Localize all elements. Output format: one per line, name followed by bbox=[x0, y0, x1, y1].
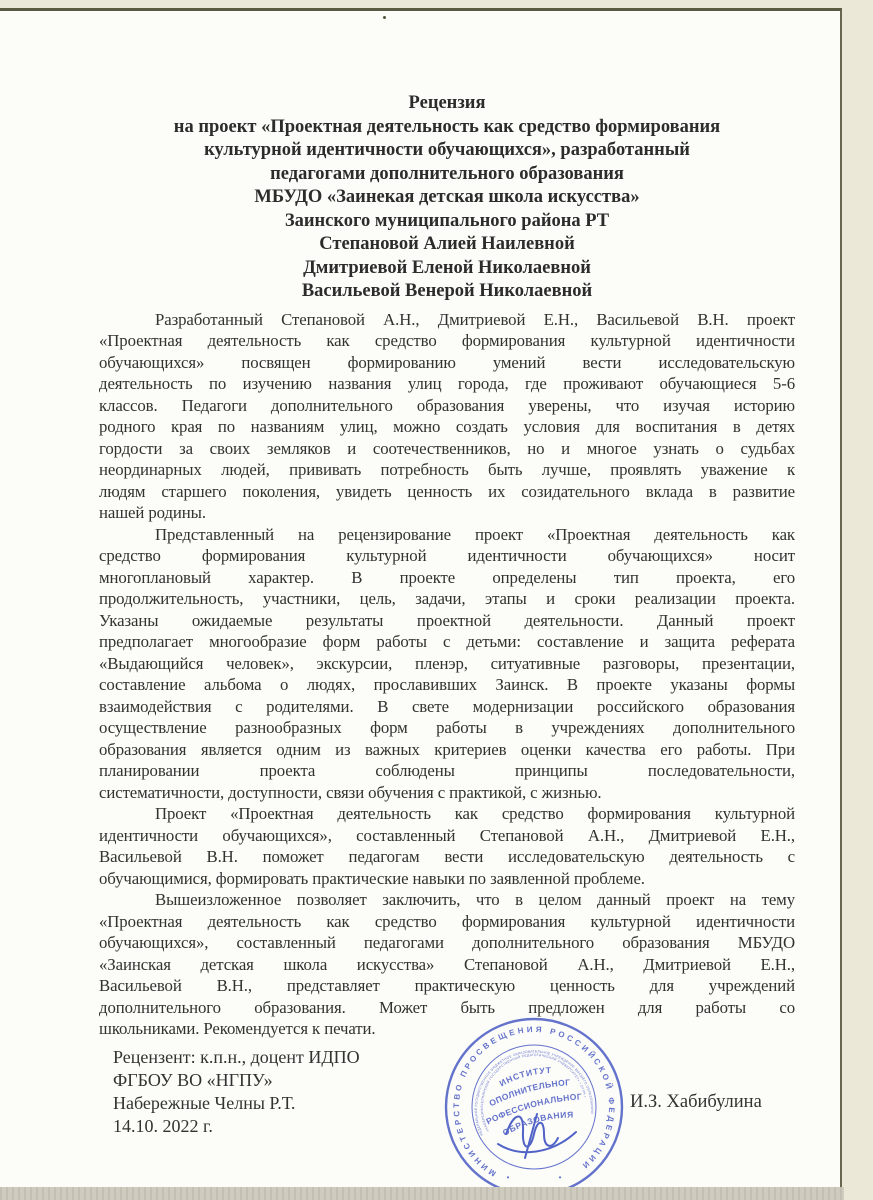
body-text-line: Указаны ожидаемые результаты проектной д… bbox=[99, 610, 795, 632]
body-text-line: обучающихся», составленный педагогами до… bbox=[99, 932, 795, 954]
body-text-line: продолжительность, участники, цель, зада… bbox=[99, 588, 795, 610]
title-line: Рецензия bbox=[99, 92, 795, 116]
body-text-line: обучающихся» посвящен формированию умени… bbox=[99, 352, 795, 374]
reviewer-line: Рецензент: к.п.н., доцент ИДПО bbox=[113, 1046, 443, 1069]
stamp-separator-dot-right: • bbox=[559, 1173, 562, 1182]
reviewer-name: И.З. Хабибулина bbox=[630, 1092, 762, 1113]
body-text-line: родного края по названиям улиц, можно со… bbox=[99, 416, 795, 438]
body-text-line: осуществление разнообразных форм работы … bbox=[99, 717, 795, 739]
body-text-line: составление альбома о людях, прославивши… bbox=[99, 674, 795, 696]
body-text-line: Представленный на рецензирование проект … bbox=[99, 524, 795, 546]
body-text-line: предполагает многообразие форм работы с … bbox=[99, 631, 795, 653]
title-line: культурной идентичности обучающихся», ра… bbox=[99, 139, 795, 163]
body-text-line: деятельность по изучению названия улиц г… bbox=[99, 373, 795, 395]
paragraph: Проект «Проектная деятельность как средс… bbox=[99, 803, 795, 889]
body-text-line: Васильевой В.Н., представляет практическ… bbox=[99, 975, 795, 997]
reviewer-line: Набережные Челны Р.Т. bbox=[113, 1092, 443, 1115]
title-line: МБУДО «Заинекая детская школа искусства» bbox=[99, 186, 795, 210]
title-line: на проект «Проектная деятельность как ср… bbox=[99, 116, 795, 140]
scanned-page: Рецензияна проект «Проектная деятельност… bbox=[0, 0, 873, 1200]
body-text-line: «Выдающийся человек», экскурсии, пленэр,… bbox=[99, 653, 795, 675]
review-title: Рецензияна проект «Проектная деятельност… bbox=[99, 92, 795, 304]
body-text-line: средство формирования культурной идентич… bbox=[99, 545, 795, 567]
body-text-line: планировании проекта соблюдены принципы … bbox=[99, 760, 795, 782]
scan-bottom-edge bbox=[0, 1187, 844, 1200]
body-text-line: идентичности обучающихся», составленный … bbox=[99, 825, 795, 847]
title-line: педагогами дополнительного образования bbox=[99, 163, 795, 187]
official-round-stamp: МИНИСТЕРСТВО ПРОСВЕЩЕНИЯ РОССИЙСКОЙ ФЕДЕ… bbox=[440, 1014, 628, 1200]
body-text-line: образования является одним из важных кри… bbox=[99, 739, 795, 761]
review-body: Разработанный Степановой А.Н., Дмитриево… bbox=[99, 309, 795, 1040]
body-text-line: «Проектная деятельность как средство фор… bbox=[99, 330, 795, 352]
body-text-line: систематичности, доступности, связи обуч… bbox=[99, 782, 795, 804]
stamp-separator-dot-left: • bbox=[507, 1173, 510, 1182]
paragraph: Разработанный Степановой А.Н., Дмитриево… bbox=[99, 309, 795, 524]
body-text-line: обучающимися, формировать практические н… bbox=[99, 868, 795, 890]
body-text-line: людям старшего поколения, увидеть ценнос… bbox=[99, 481, 795, 503]
paragraph: Представленный на рецензирование проект … bbox=[99, 524, 795, 804]
body-text-line: классов. Педагоги дополнительного образо… bbox=[99, 395, 795, 417]
body-text-line: Васильевой В.Н. поможет педагогам вести … bbox=[99, 846, 795, 868]
body-text-line: неординарных людей, прививать потребност… bbox=[99, 459, 795, 481]
reviewer-line: ФГБОУ ВО «НГПУ» bbox=[113, 1069, 443, 1092]
body-text-line: Разработанный Степановой А.Н., Дмитриево… bbox=[99, 309, 795, 331]
body-text-line: «Заинская детская школа искусства» Степа… bbox=[99, 954, 795, 976]
reviewer-signature-block: Рецензент: к.п.н., доцент ИДПОФГБОУ ВО «… bbox=[113, 1046, 443, 1138]
body-text-line: многоплановый характер. В проекте опреде… bbox=[99, 567, 795, 589]
body-text-line: «Проектная деятельность как средство фор… bbox=[99, 911, 795, 933]
reviewer-line: 14.10. 2022 г. bbox=[113, 1115, 443, 1138]
body-text-line: взаимодействия с родителями. В свете мод… bbox=[99, 696, 795, 718]
body-text-line: нашей родины. bbox=[99, 502, 795, 524]
body-text-line: Вышеизложенное позволяет заключить, что … bbox=[99, 889, 795, 911]
body-text-line: Проект «Проектная деятельность как средс… bbox=[99, 803, 795, 825]
title-line: Степановой Алией Наилевной bbox=[99, 233, 795, 257]
title-line: Дмитриевой Еленой Николаевной bbox=[99, 257, 795, 281]
body-text-line: гордости за своих земляков и соотечестве… bbox=[99, 438, 795, 460]
title-line: Заинского муниципального района РТ bbox=[99, 210, 795, 234]
title-line: Васильевой Венерой Николаевной bbox=[99, 280, 795, 304]
scan-speck bbox=[383, 16, 386, 19]
document-content: Рецензияна проект «Проектная деятельност… bbox=[99, 92, 795, 1040]
